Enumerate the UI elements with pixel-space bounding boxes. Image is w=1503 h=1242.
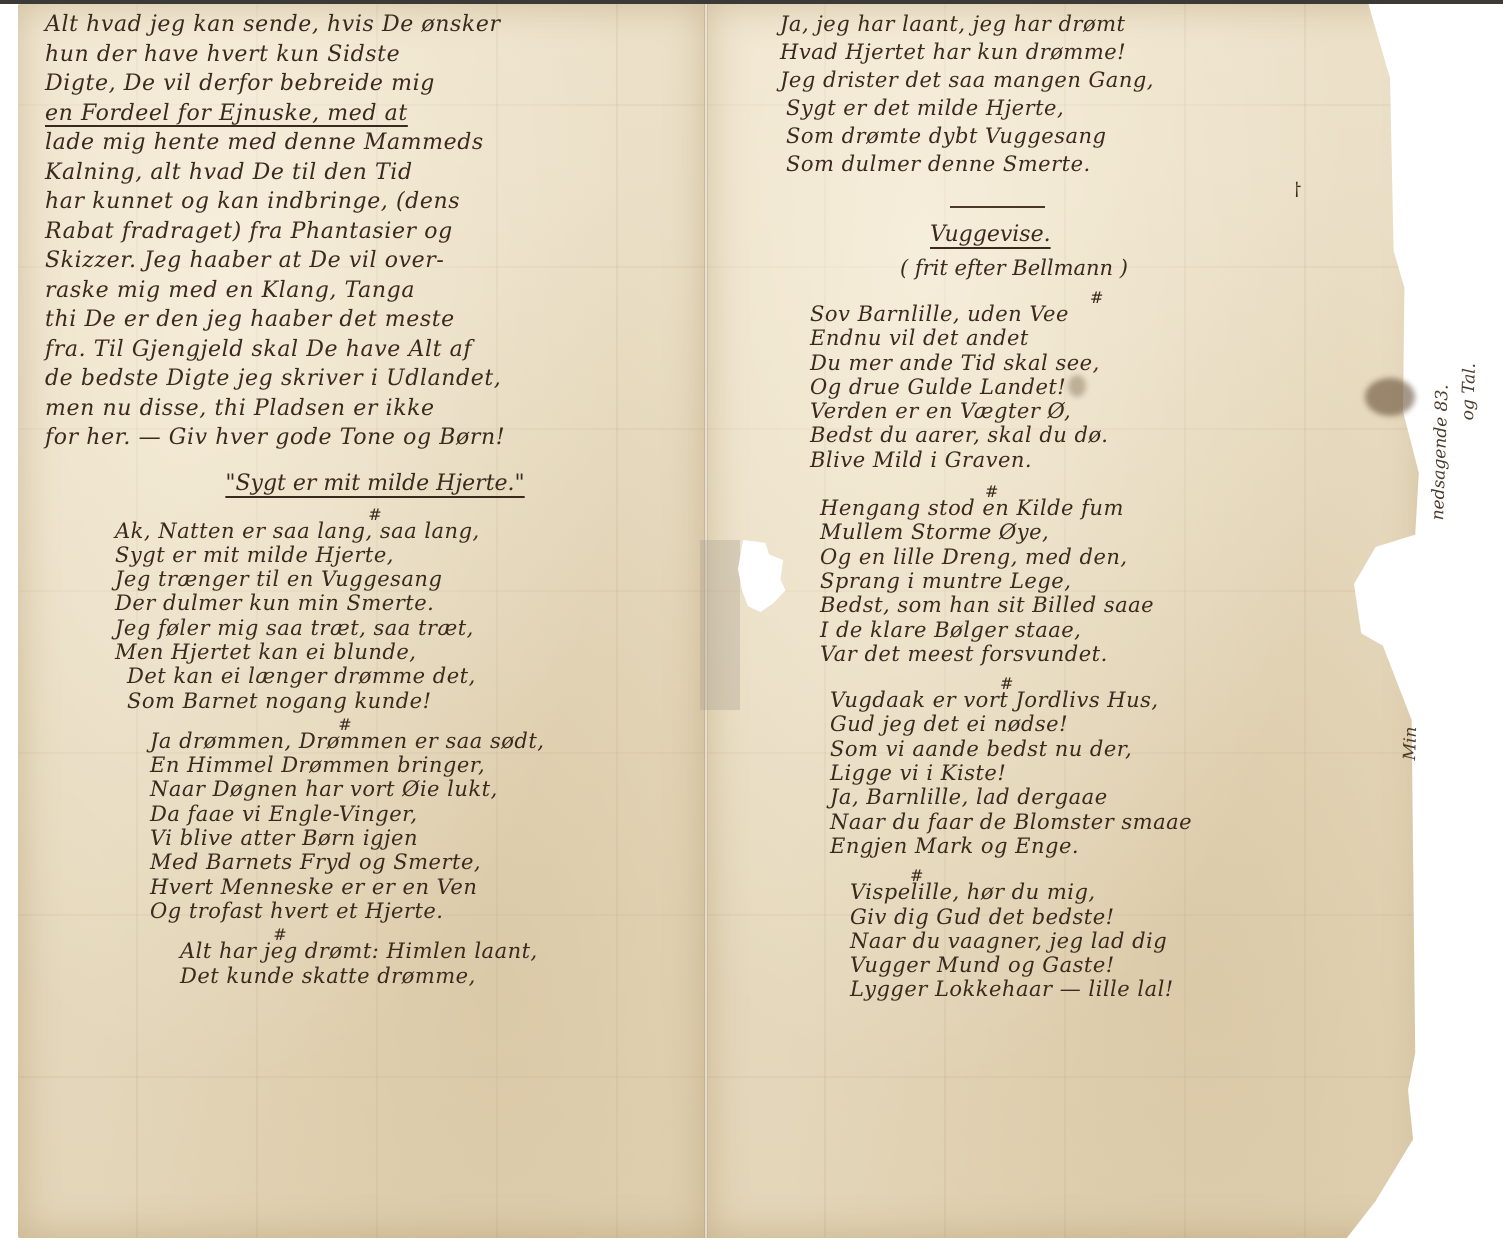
verse-line: Jeg drister det saa mangen Gang,	[780, 70, 1390, 98]
verse-line: Vugdaak er vort Jordlivs Hus,	[830, 690, 1390, 714]
verse-line: Hvad Hjertet har kun drømme!	[780, 42, 1390, 70]
verse-line: Vugger Mund og Gaste!	[850, 955, 1390, 979]
continued-stanza: Ja, jeg har laant, jeg har drømt Hvad Hj…	[770, 14, 1390, 182]
verse-line: Giv dig Gud det bedste!	[850, 907, 1390, 931]
verse-line: Som vi aande bedst nu der,	[830, 739, 1390, 763]
prose-line: raske mig med en Klang, Tanga	[45, 280, 705, 310]
poem-stanza-2: Ja drømmen, Drømmen er saa sødt, En Himm…	[45, 731, 705, 925]
prose-line: thi De er den jeg haaber det meste	[45, 309, 705, 339]
verse-line: Ak, Natten er saa lang, saa lang,	[115, 521, 705, 545]
prose-line-underlined: en Fordeel for Ejnuske, med at	[45, 103, 705, 133]
prose-line: lade mig hente med denne Mammeds	[45, 132, 705, 162]
lullaby-stanza-2: Hengang stod en Kilde fum Mullem Storme …	[770, 498, 1390, 668]
verse-line: Som Barnet nogang kunde!	[115, 691, 705, 715]
verse-line: Bedst, som han sit Billed saae	[820, 595, 1390, 619]
verse-line: Og en lille Dreng, med den,	[820, 547, 1390, 571]
verse-line: Naar du faar de Blomster smaae	[830, 812, 1390, 836]
verse-line: Var det meest forsvundet.	[820, 644, 1390, 668]
verse-line: Lygger Lokkehaar — lille lal!	[850, 979, 1390, 1003]
prose-line: Alt hvad jeg kan sende, hvis De ønsker	[45, 14, 705, 44]
verse-line: En Himmel Drømmen bringer,	[150, 755, 705, 779]
right-page: Ja, jeg har laant, jeg har drømt Hvad Hj…	[770, 14, 1390, 1004]
verse-line: Vispelille, hør du mig,	[850, 882, 1390, 906]
verse-line: I de klare Bølger staae,	[820, 620, 1390, 644]
verse-line: Sygt er det milde Hjerte,	[780, 98, 1390, 126]
verse-line: Der dulmer kun min Smerte.	[115, 593, 705, 617]
poem-subtitle: ( frit efter Bellmann )	[770, 256, 1390, 288]
verse-line: Verden er en Vægter Ø,	[810, 401, 1390, 425]
poem-stanza-1: Ak, Natten er saa lang, saa lang, Sygt e…	[45, 521, 705, 715]
margin-note: nedsagende 83.	[1428, 384, 1453, 521]
verse-line: Det kan ei længer drømme det,	[115, 666, 705, 690]
verse-line: Ja drømmen, Drømmen er saa sødt,	[150, 731, 705, 755]
verse-line: Bedst du aarer, skal du dø.	[810, 425, 1390, 449]
prose-line: fra. Til Gjengjeld skal De have Alt af	[45, 339, 705, 369]
verse-line: Og trofast hvert et Hjerte.	[150, 901, 705, 925]
verse-line: Endnu vil det andet	[810, 328, 1390, 352]
margin-note: og Tal.	[1458, 363, 1480, 421]
prose-line: har kunnet og kan indbringe, (dens	[45, 191, 705, 221]
verse-line: Jeg trænger til en Vuggesang	[115, 569, 705, 593]
letter-prose: Alt hvad jeg kan sende, hvis De ønsker h…	[45, 14, 705, 457]
verse-line: Med Barnets Fryd og Smerte,	[150, 852, 705, 876]
prose-line: de bedste Digte jeg skriver i Udlandet,	[45, 368, 705, 398]
verse-line: Hengang stod en Kilde fum	[820, 498, 1390, 522]
verse-line: Mullem Storme Øye,	[820, 522, 1390, 546]
verse-line: Sygt er mit milde Hjerte,	[115, 545, 705, 569]
verse-line: Som drømte dybt Vuggesang	[780, 126, 1390, 154]
verse-line: Alt har jeg drømt: Himlen laant,	[180, 941, 705, 965]
verse-line: Det kunde skatte drømme,	[180, 966, 705, 990]
verse-line: Blive Mild i Graven.	[810, 450, 1390, 474]
left-page: Alt hvad jeg kan sende, hvis De ønsker h…	[45, 14, 705, 990]
verse-line: Da faae vi Engle-Vinger,	[150, 804, 705, 828]
lullaby-stanza-3: Vugdaak er vort Jordlivs Hus, Gud jeg de…	[770, 690, 1390, 860]
prose-line: men nu disse, thi Pladsen er ikke	[45, 398, 705, 428]
prose-line: Skizzer. Jeg haaber at De vil over-	[45, 250, 705, 280]
verse-line: Naar Døgnen har vort Øie lukt,	[150, 779, 705, 803]
verse-line: Gud jeg det ei nødse!	[830, 714, 1390, 738]
verse-line: Hvert Menneske er er en Ven	[150, 877, 705, 901]
verse-line: Og drue Gulde Landet!	[810, 377, 1390, 401]
verse-line: Ja, Barnlille, lad dergaae	[830, 787, 1390, 811]
end-mark: ⸷	[1293, 176, 1302, 203]
verse-line: Jeg føler mig saa træt, saa træt,	[115, 618, 705, 642]
verse-line: Ja, jeg har laant, jeg har drømt	[780, 14, 1390, 42]
prose-line: Digte, De vil derfor bebreide mig	[45, 73, 705, 103]
verse-line: Vi blive atter Børn igjen	[150, 828, 705, 852]
verse-line: Men Hjertet kan ei blunde,	[115, 642, 705, 666]
poem-stanza-3: Alt har jeg drømt: Himlen laant, Det kun…	[45, 941, 705, 990]
verse-line: Sprang i muntre Lege,	[820, 571, 1390, 595]
prose-line: for her. — Giv hver gode Tone og Børn!	[45, 427, 705, 457]
verse-line: Du mer ande Tid skal see,	[810, 353, 1390, 377]
prose-line: hun der have hvert kun Sidste	[45, 44, 705, 74]
lullaby-stanza-4: Vispelille, hør du mig, Giv dig Gud det …	[770, 882, 1390, 1003]
poem-title: Vuggevise.	[770, 222, 1390, 256]
verse-line: Ligge vi i Kiste!	[830, 763, 1390, 787]
verse-line: Engjen Mark og Enge.	[830, 836, 1390, 860]
margin-note: Min	[1400, 726, 1421, 760]
prose-line: Kalning, alt hvad De til den Tid	[45, 162, 705, 192]
poem-title: "Sygt er mit milde Hjerte."	[45, 471, 705, 505]
repair-patch	[700, 540, 740, 710]
lullaby-stanza-1: Sov Barnlille, uden Vee Endnu vil det an…	[770, 304, 1390, 474]
prose-line: Rabat fradraget) fra Phantasier og	[45, 221, 705, 251]
verse-line: Naar du vaagner, jeg lad dig	[850, 931, 1390, 955]
verse-line: Sov Barnlille, uden Vee	[810, 304, 1390, 328]
